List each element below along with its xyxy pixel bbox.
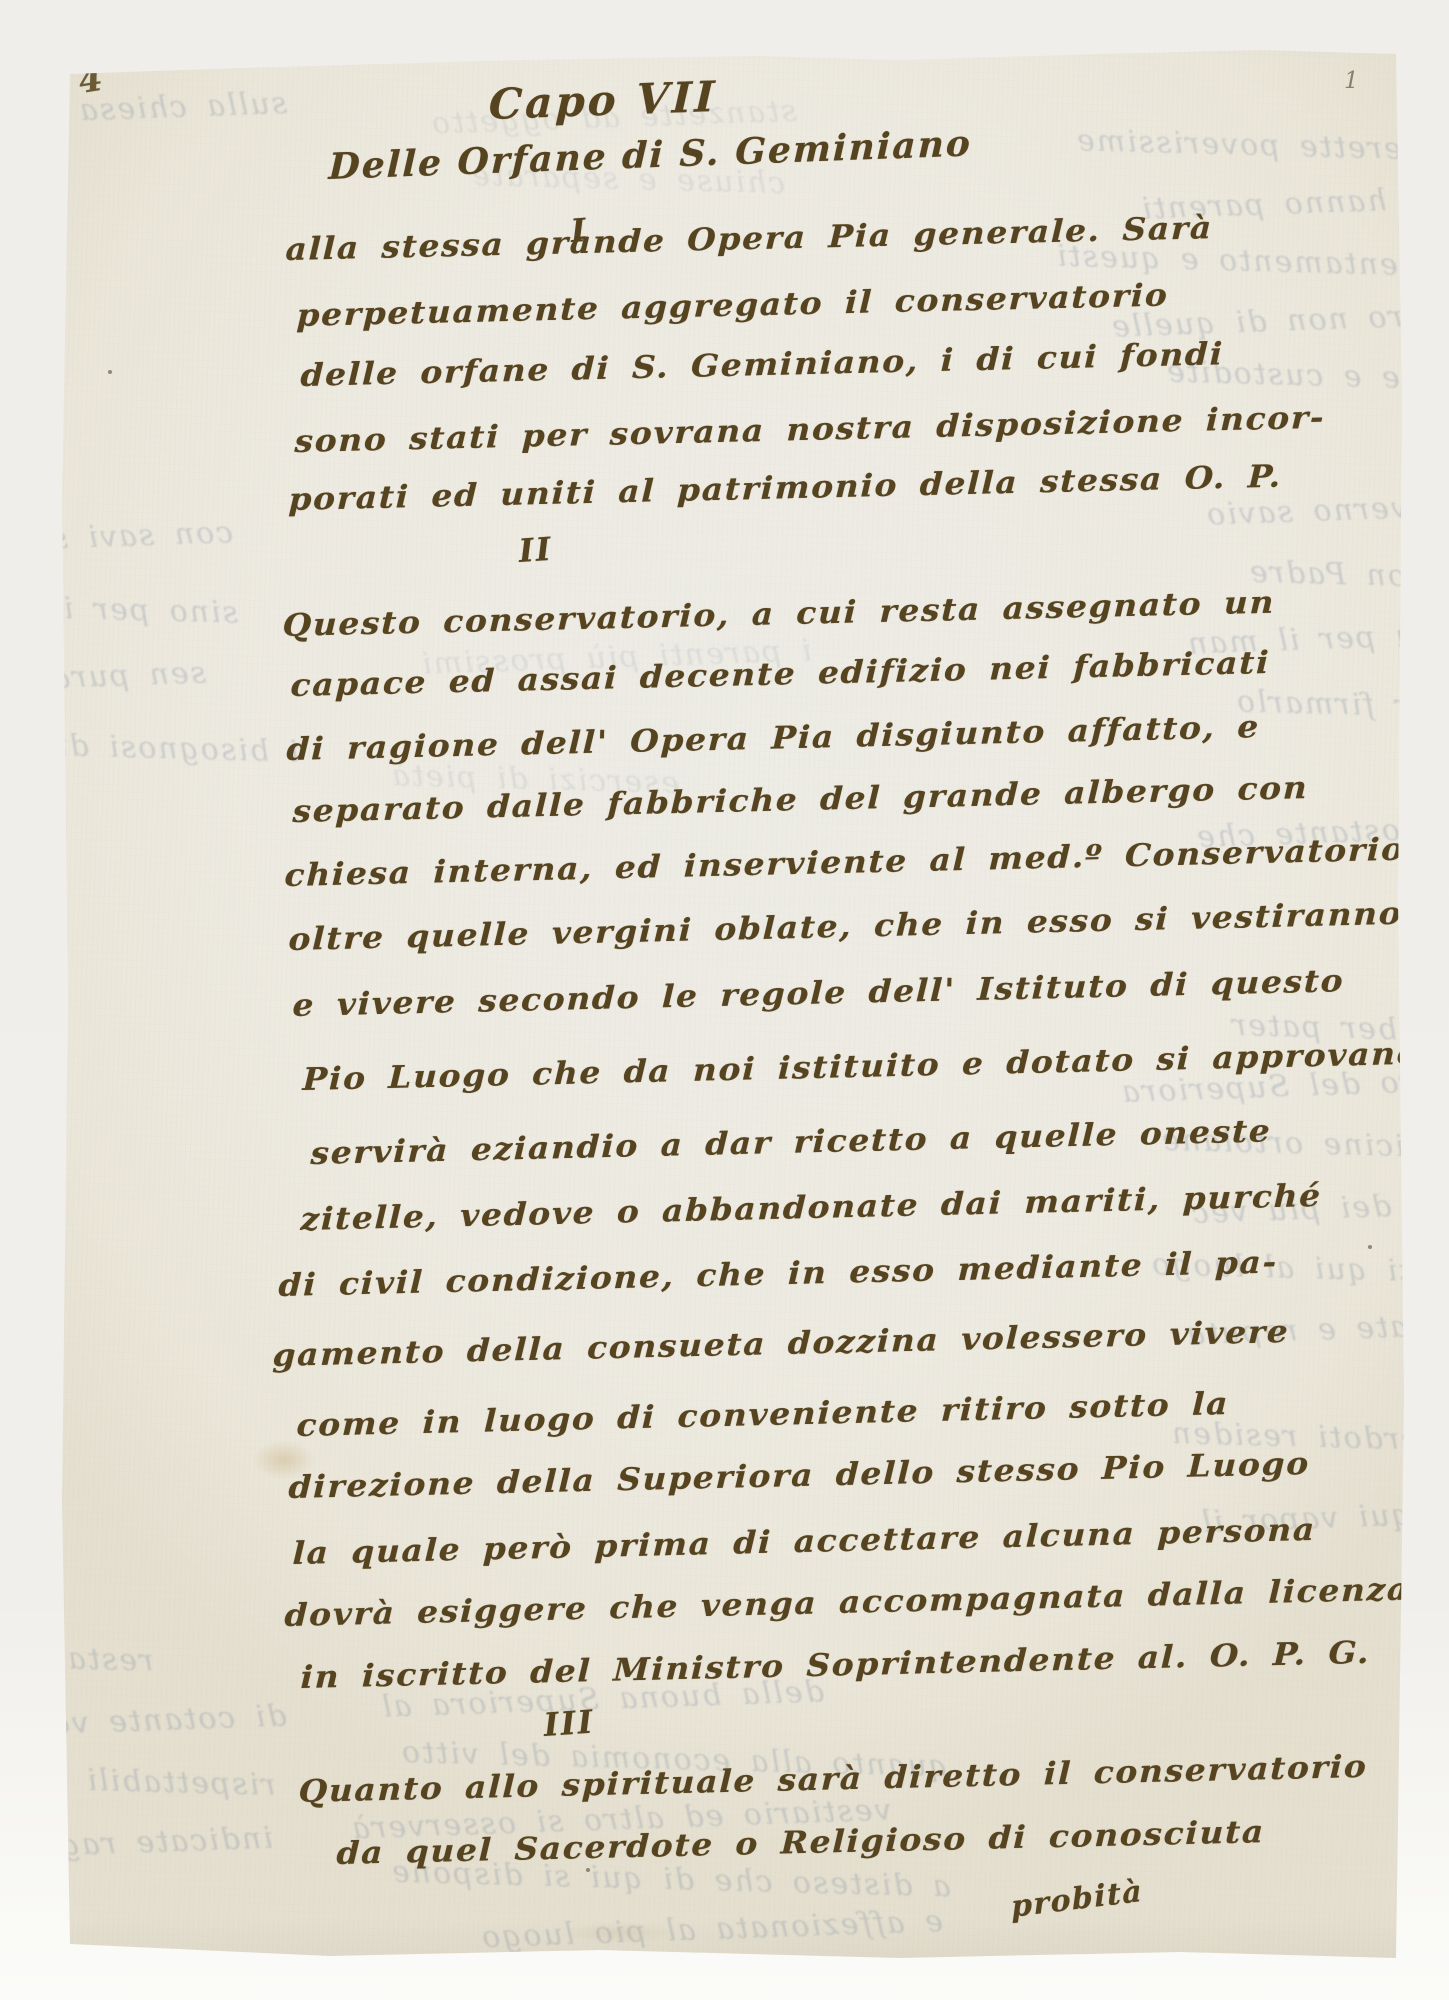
showthrough-fragment: stimate e reputa xyxy=(1184,1307,1449,1352)
showthrough-fragment: sen puramente xyxy=(0,655,207,699)
section-numeral: I xyxy=(569,211,589,250)
manuscript-scan: stanzette ad oggetto chiuse e separate s… xyxy=(0,0,1449,2000)
manuscript-line: separato dalle fabbriche del grande albe… xyxy=(292,770,1309,830)
manuscript-line: Quanto allo spirituale sarà diretto il c… xyxy=(298,1749,1368,1810)
showthrough-fragment: restare xyxy=(30,1640,154,1678)
showthrough-fragment: stanzette ad oggetto xyxy=(430,94,798,142)
showthrough-fragment: ricovero del Superiora xyxy=(1120,1061,1449,1110)
showthrough-fragment: in numero non di quelle xyxy=(1110,294,1449,344)
manuscript-line: di civil condizione, che in esso mediant… xyxy=(278,1244,1279,1304)
manuscript-line: di ragione dell' Opera Pia disgiunto aff… xyxy=(286,709,1261,768)
manuscript-line: Pio Luogo che da noi istituito e dotato … xyxy=(302,1036,1421,1098)
showthrough-fragment: al buon Padre xyxy=(1248,555,1449,597)
showthrough-fragment: rispettabili ridur xyxy=(0,1760,276,1803)
paper-stain xyxy=(252,1440,316,1480)
manuscript-line: Questo conservatorio, a cui resta assegn… xyxy=(282,585,1276,644)
manuscript-line: sono stati per sovrana nostra disposizio… xyxy=(294,400,1326,460)
section-numeral: III xyxy=(542,1703,595,1744)
showthrough-fragment: ber pater xyxy=(1230,1008,1398,1047)
showthrough-fragment: del Governo savio xyxy=(1204,486,1449,532)
showthrough-fragment: della buona Superiora al xyxy=(380,1674,825,1724)
paper-speck xyxy=(1368,1245,1372,1249)
showthrough-fragment: ben educate e custodite xyxy=(1165,354,1449,400)
paper-sheet: stanzette ad oggetto chiuse e separate s… xyxy=(0,0,1449,2000)
showthrough-fragment: operette poverissime xyxy=(1075,123,1444,168)
paper-speck xyxy=(108,370,112,374)
manuscript-line: zitelle, vedove o abbandonate dai mariti… xyxy=(300,1178,1322,1238)
manuscript-line: gamento della consueta dozzina volessero… xyxy=(272,1314,1290,1374)
manuscript-line: in iscritto del Ministro Soprintendente … xyxy=(300,1635,1371,1696)
showthrough-fragment: vestiario ed altro si osserverà xyxy=(350,1793,892,1847)
chapter-title: Capo VII xyxy=(488,72,718,129)
showthrough-fragment: mandati qui al luogo xyxy=(1150,1247,1449,1292)
manuscript-line: da quel Sacerdote o Religioso di conosci… xyxy=(336,1814,1266,1872)
manuscript-line: oltre quelle vergini oblate, che in esso… xyxy=(288,896,1403,958)
manuscript-line: come in luogo di conveniente ritiro sott… xyxy=(296,1386,1230,1444)
showthrough-fragment: quanto alla economia del vitto xyxy=(400,1735,949,1784)
manuscript-line: la quale però prima di accettare alcuna … xyxy=(292,1512,1316,1572)
showthrough-fragment: indicate ragion il xyxy=(0,1821,273,1867)
folio-number-right: 1 xyxy=(1344,68,1359,94)
manuscript-line: alla stessa grande Opera Pia generale. S… xyxy=(285,210,1213,268)
showthrough-fragment: a disteso che di qui si dispone xyxy=(390,1855,952,1905)
showthrough-fragment: sulla chiesa che da xyxy=(0,86,288,133)
section-numeral: II xyxy=(517,530,554,570)
manuscript-line: servirà eziandio a dar ricetto a quelle … xyxy=(310,1113,1272,1172)
showthrough-fragment: non hanno parenti xyxy=(1139,180,1449,226)
showthrough-fragment: i parenti più prossimi xyxy=(420,633,812,682)
manuscript-line: perpetuamente aggregato il conservatorio xyxy=(296,277,1169,334)
showthrough-fragment: e affezionata al pio luogo xyxy=(480,1904,944,1955)
showthrough-fragment: rati lor firmarlo xyxy=(1235,684,1449,726)
manuscript-line: chiesa interna, ed inserviente al med.º … xyxy=(284,832,1405,894)
folio-number-left: 4 xyxy=(76,59,106,102)
manuscript-line: delle orfane di S. Geminiano, i di cui f… xyxy=(300,336,1224,394)
showthrough-fragment: sostentamento e questi xyxy=(1055,239,1449,285)
manuscript-line: porati ed uniti al patrimonio della stes… xyxy=(288,459,1282,518)
paper-speck xyxy=(586,1868,590,1872)
catchword: probità xyxy=(1010,1874,1144,1925)
showthrough-fragment: sino per il man xyxy=(0,588,239,630)
manuscript-line: dovrà esiggere che venga accompagnata da… xyxy=(284,1571,1411,1634)
showthrough-fragment: i bisognosi di fuori xyxy=(0,726,300,770)
showthrough-fragment: Sacerdoti residen xyxy=(1170,1416,1449,1459)
manuscript-line: capace ed assai decente edifizio nei fab… xyxy=(290,645,1271,704)
chapter-subtitle: Delle Orfane di S. Geminiano xyxy=(328,122,973,188)
manuscript-line: e vivere secondo le regole dell' Istitut… xyxy=(292,963,1345,1024)
showthrough-fragment: che qui vapor il xyxy=(1199,1495,1449,1540)
showthrough-fragment: chiuse e separate xyxy=(470,158,786,201)
paper-stain xyxy=(560,1922,680,1944)
showthrough-fragment: esercizi di pietà xyxy=(390,758,680,801)
showthrough-fragment: di cotante vedove xyxy=(0,1698,287,1744)
showthrough-fragment: la villa dei più vec xyxy=(1189,1184,1449,1231)
showthrough-fragment: ma per il man xyxy=(1185,618,1444,662)
showthrough-fragment: le dieci vicine ortolane xyxy=(1160,1123,1449,1169)
showthrough-fragment: non ostante che xyxy=(1194,810,1449,855)
showthrough-fragment: con savi sussidi xyxy=(0,515,234,560)
manuscript-line: direzione della Superiora dello stesso P… xyxy=(288,1446,1310,1506)
